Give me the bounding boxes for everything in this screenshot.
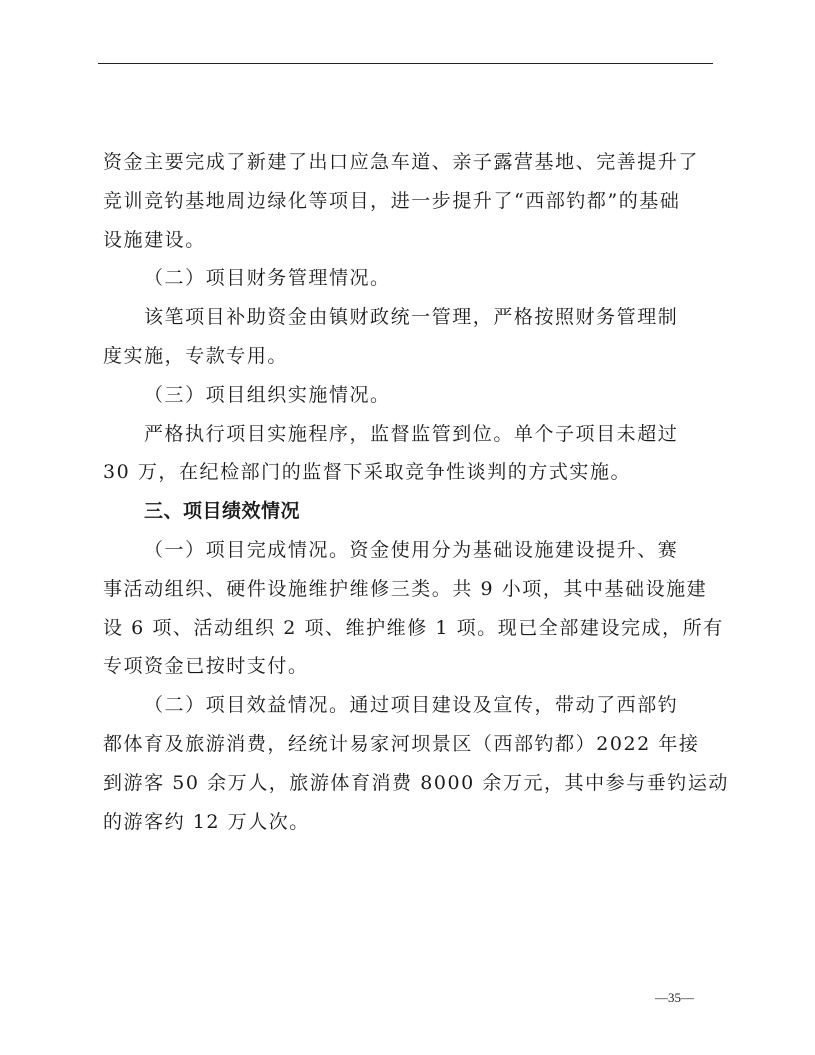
paragraph-line: 的游客约 12 万人次。	[103, 803, 711, 842]
paragraph-line: 设施建设。	[103, 221, 711, 260]
header-rule	[98, 63, 713, 64]
paragraph-line: 竞训竞钓基地周边绿化等项目，进一步提升了“西部钓都”的基础	[103, 182, 711, 221]
paragraph-line: 30 万，在纪检部门的监督下采取竞争性谈判的方式实施。	[103, 453, 711, 492]
paragraph-line: （一）项目完成情况。资金使用分为基础设施建设提升、赛	[103, 531, 711, 570]
paragraph-line: 该笔项目补助资金由镇财政统一管理，严格按照财务管理制	[103, 298, 711, 337]
paragraph-line: 都体育及旅游消费，经统计易家河坝景区（西部钓都）2022 年接	[103, 725, 711, 764]
document-body: 资金主要完成了新建了出口应急车道、亲子露营基地、完善提升了 竞训竞钓基地周边绿化…	[103, 143, 711, 841]
page-number: —35—	[655, 990, 694, 1006]
paragraph-line: 事活动组织、硬件设施维护维修三类。共 9 小项，其中基础设施建	[103, 570, 711, 609]
subheading-organization-implementation: （三）项目组织实施情况。	[103, 376, 711, 415]
paragraph-line: 到游客 50 余万人，旅游体育消费 8000 余万元，其中参与垂钓运动	[103, 764, 711, 803]
paragraph-line: 资金主要完成了新建了出口应急车道、亲子露营基地、完善提升了	[103, 143, 711, 182]
paragraph-line: 严格执行项目实施程序，监督监管到位。单个子项目未超过	[103, 415, 711, 454]
paragraph-line: 度实施，专款专用。	[103, 337, 711, 376]
subheading-finance-management: （二）项目财务管理情况。	[103, 259, 711, 298]
section-heading-performance: 三、项目绩效情况	[103, 492, 711, 531]
paragraph-line: 设 6 项、活动组织 2 项、维护维修 1 项。现已全部建设完成，所有	[103, 609, 711, 648]
paragraph-line: 专项资金已按时支付。	[103, 647, 711, 686]
paragraph-line: （二）项目效益情况。通过项目建设及宣传，带动了西部钓	[103, 686, 711, 725]
